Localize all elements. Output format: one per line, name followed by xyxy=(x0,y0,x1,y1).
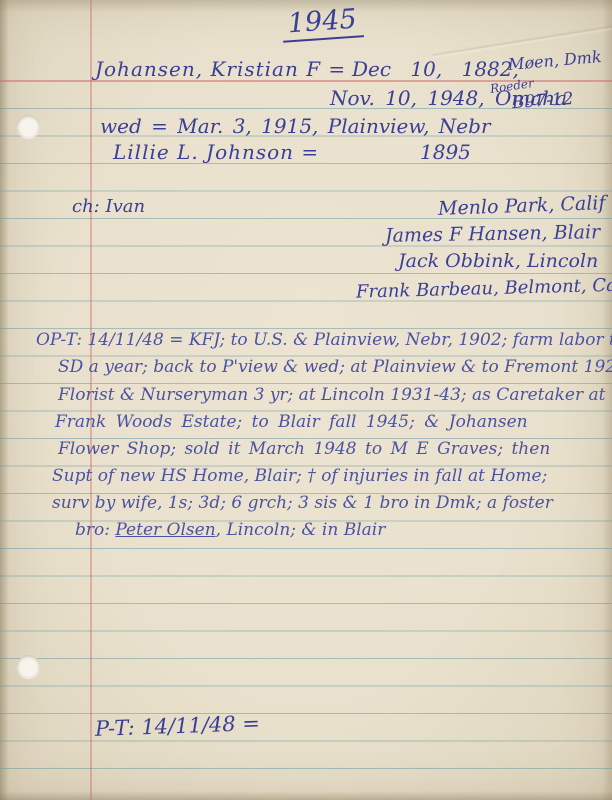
entry-name: Johansen, Kristian F = xyxy=(95,58,346,80)
obit-line-8-suffix: , Lincoln; & in Blair xyxy=(216,520,386,540)
obit-line-2: SD a year; back to P'view & wed; at Plai… xyxy=(58,358,612,377)
obit-line-1: OP-T: 14/11/48 = KFJ; to U.S. & Plainvie… xyxy=(36,331,612,350)
contact-james-hansen: James F Hansen, Blair xyxy=(385,222,601,247)
obit-line-8-underlined-name: Peter Olsen xyxy=(115,520,215,540)
obit-line-5: Flower Shop; sold it March 1948 to M E G… xyxy=(58,440,550,459)
punch-hole-top xyxy=(17,115,40,138)
obit-line-7: surv by wife, 1s; 3d; 6 grch; 3 sis & 1 … xyxy=(52,494,553,513)
punch-hole-bottom xyxy=(17,655,40,678)
spouse-birth-year: 1895 xyxy=(420,141,471,163)
children-line: ch: Ivan xyxy=(72,197,145,217)
birth-date: Dec 10, 1882, xyxy=(352,58,519,80)
spouse-name: Lillie L. Johnson = xyxy=(113,141,319,163)
obit-line-3: Florist & Nurseryman 3 yr; at Lincoln 19… xyxy=(58,386,605,405)
obit-line-6: Supt of new HS Home, Blair; † of injurie… xyxy=(52,467,547,486)
ledger-page: 1945 Johansen, Kristian F = Dec 10, 1882… xyxy=(0,0,612,800)
year-heading: 1945 xyxy=(281,4,364,42)
record-number: B97-12 xyxy=(511,90,574,113)
obit-line-8-prefix: bro: xyxy=(75,520,115,540)
obit-line-4: Frank Woods Estate; to Blair fall 1945; … xyxy=(55,413,528,432)
contact-jack-obbink: Jack Obbink, Lincoln xyxy=(398,251,598,272)
obit-line-8: bro: Peter Olsen, Lincoln; & in Blair xyxy=(75,521,385,540)
marriage-line: wed = Mar. 3, 1915, Plainview, Nebr xyxy=(100,115,491,137)
